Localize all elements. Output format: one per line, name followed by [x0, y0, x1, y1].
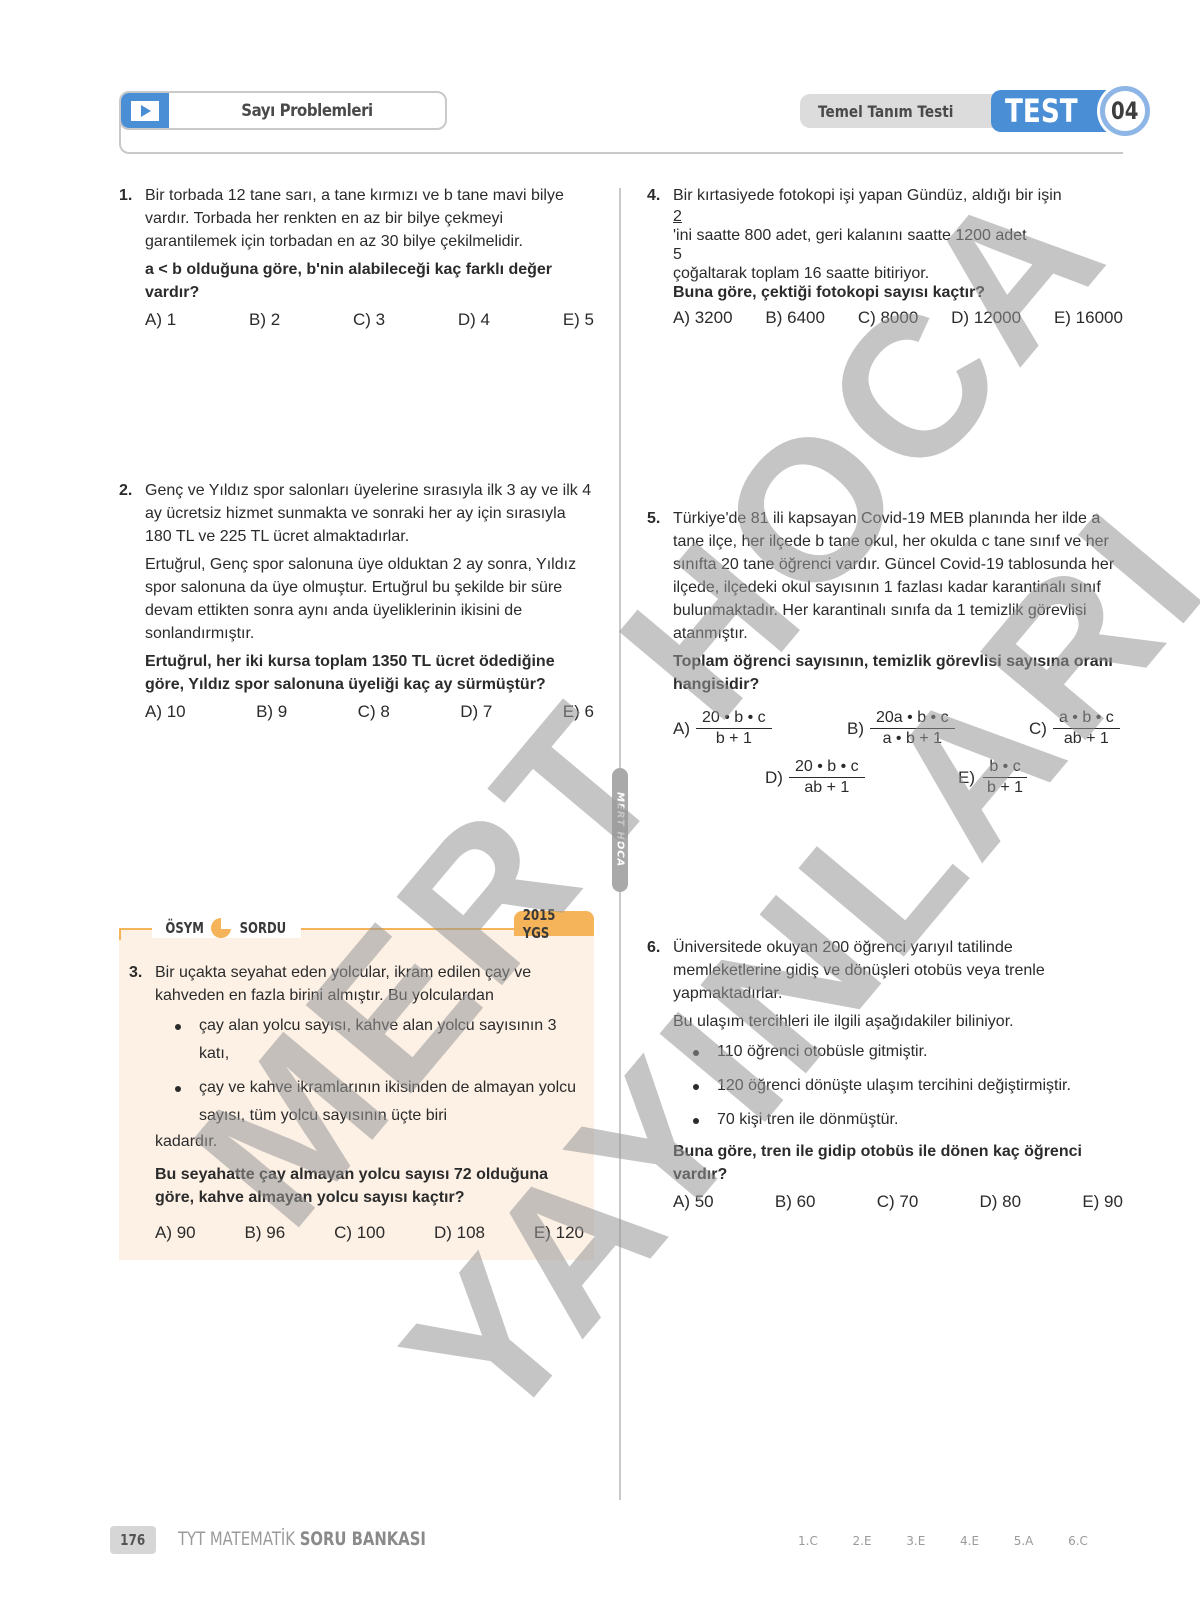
question-number: 1.: [119, 184, 132, 207]
answer-key-item: 1.C: [798, 1534, 818, 1548]
side-tab: MERT HOCA: [612, 768, 628, 892]
option-a[interactable]: A) 1: [145, 308, 176, 331]
option-label: C): [1029, 717, 1047, 740]
denominator: b + 1: [710, 729, 758, 749]
numerator: b • c: [983, 757, 1026, 778]
test-badge: Temel Tanım Testi TEST 04: [800, 90, 1150, 132]
question-4: 4. Bir kırtasiyede fotokopi işi yapan Gü…: [647, 184, 1123, 329]
option-e[interactable]: E) 6: [563, 700, 594, 723]
option-e[interactable]: E) 90: [1082, 1190, 1123, 1213]
question-6: 6. Üniversitede okuyan 200 öğrenci yarıy…: [647, 936, 1123, 1213]
option-d[interactable]: D) 80: [980, 1190, 1022, 1213]
question-prompt: a < b olduğuna göre, b'nin alabileceği k…: [145, 258, 594, 304]
option-d[interactable]: D) 20 • b • cab + 1: [765, 757, 865, 798]
question-text: Üniversitede okuyan 200 öğrenci yarıyıl …: [673, 936, 1123, 1005]
exam-badge: 2015 YGS: [514, 911, 594, 936]
question-3: 3. Bir uçakta seyahat eden yolcular, ikr…: [129, 961, 584, 1244]
test-type: Temel Tanım Testi: [800, 94, 1005, 128]
option-label: E): [958, 766, 975, 789]
option-d[interactable]: D) 4: [458, 308, 490, 331]
fraction-denominator: 5: [673, 245, 1123, 264]
answer-key-item: 3.E: [906, 1534, 925, 1548]
bullet-item: 70 kişi tren ile dönmüştür.: [673, 1106, 1123, 1134]
question-prompt: Ertuğrul, her iki kursa toplam 1350 TL ü…: [145, 650, 594, 696]
question-prompt: Buna göre, tren ile gidip otobüs ile dön…: [673, 1140, 1123, 1186]
question-text: Türkiye'de 81 ili kapsayan Covid-19 MEB …: [673, 507, 1123, 645]
option-a[interactable]: A) 20 • b • cb + 1: [673, 708, 772, 749]
denominator: ab + 1: [1058, 729, 1115, 749]
question-number: 2.: [119, 479, 132, 502]
option-b[interactable]: B) 2: [249, 308, 280, 331]
question-text: Bir uçakta seyahat eden yolcular, ikram …: [155, 961, 584, 1007]
answer-options: A) 50 B) 60 C) 70 D) 80 E) 90: [673, 1190, 1123, 1213]
bullet-item: çay alan yolcu sayısı, kahve alan yolcu …: [155, 1012, 584, 1068]
option-a[interactable]: A) 10: [145, 700, 186, 723]
question-text: Genç ve Yıldız spor salonları üyelerine …: [145, 479, 594, 548]
question-number: 5.: [647, 507, 660, 530]
bullet-list: 110 öğrenci otobüsle gitmiştir. 120 öğre…: [673, 1038, 1123, 1134]
option-e[interactable]: E) 5: [563, 308, 594, 331]
question-text: kadardır.: [155, 1130, 584, 1153]
numerator: 20 • b • c: [789, 757, 865, 778]
option-c[interactable]: C) 3: [353, 308, 385, 331]
question-prompt: Bu seyahatte çay almayan yolcu sayısı 72…: [155, 1163, 584, 1209]
option-label: A): [673, 717, 690, 740]
option-label: B): [847, 717, 864, 740]
bullet-list: çay alan yolcu sayısı, kahve alan yolcu …: [155, 1012, 584, 1130]
answer-key-item: 5.A: [1014, 1534, 1034, 1548]
denominator: b + 1: [981, 778, 1029, 798]
option-a[interactable]: A) 3200: [673, 306, 733, 329]
question-text: 'ini saatte 800 adet, geri kalanını saat…: [673, 226, 1123, 245]
question-text: Bir kırtasiyede fotokopi işi yapan Gündü…: [673, 184, 1123, 207]
book-title: TYT MATEMATİK SORU BANKASI: [178, 1528, 426, 1550]
osym-label: ÖSYM SORDU: [152, 918, 301, 938]
answer-options: A) 3200 B) 6400 C) 8000 D) 12000 E) 1600…: [673, 306, 1123, 329]
option-c[interactable]: C) a • b • cab + 1: [1029, 708, 1120, 749]
answer-key-item: 6.C: [1068, 1534, 1088, 1548]
answer-options: A) 10 B) 9 C) 8 D) 7 E) 6: [145, 700, 594, 723]
denominator: a • b + 1: [877, 729, 948, 749]
option-c[interactable]: C) 100: [334, 1221, 385, 1244]
option-b[interactable]: B) 96: [245, 1221, 286, 1244]
option-b[interactable]: B) 9: [256, 700, 287, 723]
question-1: 1. Bir torbada 12 tane sarı, a tane kırm…: [119, 184, 594, 331]
bullet-item: 120 öğrenci dönüşte ulaşım tercihini değ…: [673, 1072, 1123, 1100]
option-d[interactable]: D) 108: [434, 1221, 485, 1244]
option-a[interactable]: A) 90: [155, 1221, 196, 1244]
answer-options: A) 1 B) 2 C) 3 D) 4 E) 5: [145, 308, 594, 331]
option-label: D): [765, 766, 783, 789]
test-number: 04: [1100, 86, 1150, 136]
question-number: 4.: [647, 184, 660, 207]
play-icon: [121, 93, 169, 128]
answer-key-item: 2.E: [853, 1534, 872, 1548]
question-number: 6.: [647, 936, 660, 959]
question-text: Bu ulaşım tercihleri ile ilgili aşağıdak…: [673, 1010, 1123, 1033]
page-number: 176: [110, 1526, 156, 1554]
answer-key-item: 4.E: [960, 1534, 979, 1548]
option-c[interactable]: C) 70: [877, 1190, 919, 1213]
option-e[interactable]: E) b • cb + 1: [958, 757, 1029, 798]
option-c[interactable]: C) 8000: [858, 306, 918, 329]
answer-key: 1.C 2.E 3.E 4.E 5.A 6.C: [798, 1534, 1088, 1548]
bullet-item: 110 öğrenci otobüsle gitmiştir.: [673, 1038, 1123, 1066]
question-text: Ertuğrul, Genç spor salonuna üye oldukta…: [145, 553, 594, 645]
option-c[interactable]: C) 8: [358, 700, 390, 723]
question-prompt: Buna göre, çektiği fotokopi sayısı kaçtı…: [673, 283, 1123, 302]
option-b[interactable]: B) 20a • b • ca • b + 1: [847, 708, 955, 749]
question-5: 5. Türkiye'de 81 ili kapsayan Covid-19 M…: [647, 507, 1123, 800]
answer-options: A) 90 B) 96 C) 100 D) 108 E) 120: [155, 1221, 584, 1244]
question-text: Bir torbada 12 tane sarı, a tane kırmızı…: [145, 184, 594, 253]
topic-banner: Sayı Problemleri: [119, 91, 447, 130]
option-b[interactable]: B) 60: [775, 1190, 816, 1213]
numerator: a • b • c: [1053, 708, 1120, 729]
osym-box-corner: [119, 928, 121, 940]
fraction-numerator: 2: [673, 207, 1123, 226]
topic-title: Sayı Problemleri: [186, 101, 429, 121]
numerator: 20a • b • c: [870, 708, 955, 729]
answer-options: A) 20 • b • cb + 1 B) 20a • b • ca • b +…: [673, 700, 1123, 800]
denominator: ab + 1: [798, 778, 855, 798]
option-d[interactable]: D) 12000: [951, 306, 1021, 329]
bullet-item: çay ve kahve ikramlarının ikisinden de a…: [155, 1074, 584, 1130]
numerator: 20 • b • c: [696, 708, 772, 729]
option-e[interactable]: E) 16000: [1054, 306, 1123, 329]
option-b[interactable]: B) 6400: [765, 306, 825, 329]
question-number: 3.: [129, 961, 142, 984]
option-e[interactable]: E) 120: [534, 1221, 584, 1244]
question-2: 2. Genç ve Yıldız spor salonları üyeleri…: [119, 479, 594, 723]
osym-logo-icon: [211, 918, 231, 938]
question-prompt: Toplam öğrenci sayısının, temizlik görev…: [673, 650, 1123, 696]
option-d[interactable]: D) 7: [460, 700, 492, 723]
option-a[interactable]: A) 50: [673, 1190, 714, 1213]
question-text: çoğaltarak toplam 16 saatte bitiriyor.: [673, 264, 1123, 283]
